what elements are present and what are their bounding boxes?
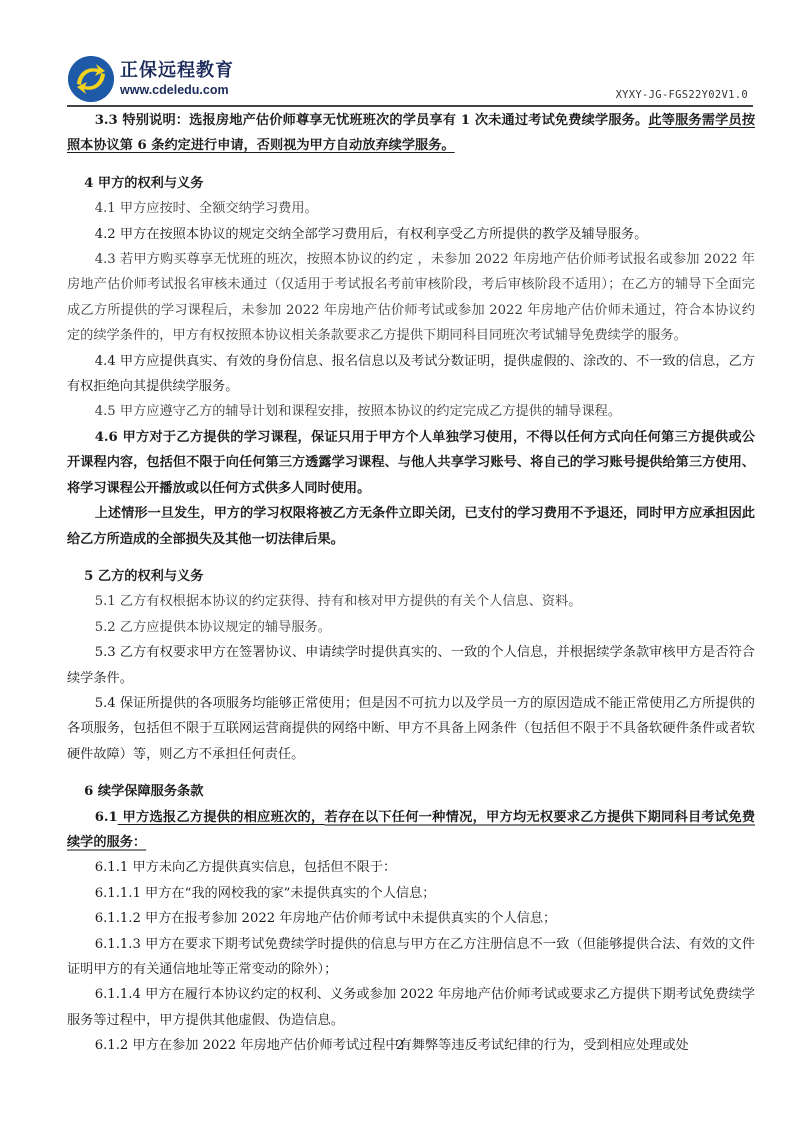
document-code: XYXY-JG-FGS22Y02V1.0 xyxy=(616,89,748,101)
section-4-title: 4 甲方的权利与义务 xyxy=(67,171,755,196)
clause-6-1-1-2: 6.1.1.2 甲方在报考参加 2022 年房地产估价师考试中未提供真实的个人信… xyxy=(67,906,755,931)
section-6-title: 6 续学保障服务条款 xyxy=(67,779,755,804)
header-divider xyxy=(67,105,753,107)
clause-6-1-1: 6.1.1 甲方未向乙方提供真实信息，包括但不限于： xyxy=(67,855,755,880)
brand: 正保远程教育 www.cdeledu.com xyxy=(120,60,234,98)
clause-4-2: 4.2 甲方在按照本协议的规定交纳全部学习费用后，有权利享受乙方所提供的教学及辅… xyxy=(67,222,755,247)
clause-5-1: 5.1 乙方有权根据本协议的约定获得、持有和核对甲方提供的有关个人信息、资料。 xyxy=(67,589,755,614)
clause-4-3: 4.3 若甲方购买尊享无忧班的班次，按照本协议的约定 ，未参加 2022 年房地… xyxy=(67,247,755,349)
section-5-title: 5 乙方的权利与义务 xyxy=(67,564,755,589)
clause-6-1-part1: 甲方选报乙方提供的相应班次的， xyxy=(118,810,325,825)
document-body: 3.3 特别说明：选报房地产估价师尊享无忧班班次的学员享有 1 次未通过考试免费… xyxy=(67,108,755,1059)
clause-5-2: 5.2 乙方应提供本协议规定的辅导服务。 xyxy=(67,615,755,640)
clause-6-1-number: 6.1 xyxy=(95,810,118,825)
clause-5-3: 5.3 乙方有权要求甲方在签署协议、申请续学时提供真实的、一致的个人信息，并根据… xyxy=(67,640,755,691)
clause-4-6-continuation: 上述情形一旦发生，甲方的学习权限将被乙方无条件立即关闭，已支付的学习费用不予退还… xyxy=(67,501,755,552)
clause-3-3-lead: 3.3 特别说明：选报房地产估价师尊享无忧班班次的学员享有 1 次未通过考试免费… xyxy=(95,113,649,128)
clause-4-1: 4.1 甲方应按时、全额交纳学习费用。 xyxy=(67,196,755,221)
clause-3-3: 3.3 特别说明：选报房地产估价师尊享无忧班班次的学员享有 1 次未通过考试免费… xyxy=(67,108,755,159)
clause-4-5: 4.5 甲方应遵守乙方的辅导计划和课程安排，按照本协议的约定完成乙方提供的辅导课… xyxy=(67,399,755,424)
clause-4-6: 4.6 甲方对于乙方提供的学习课程，保证只用于甲方个人单独学习使用，不得以任何方… xyxy=(67,425,755,501)
clause-6-1-1-4: 6.1.1.4 甲方在履行本协议约定的权利、义务或参加 2022 年房地产估价师… xyxy=(67,982,755,1033)
page-number: 2 xyxy=(0,1038,800,1053)
clause-6-1: 6.1 甲方选报乙方提供的相应班次的，若存在以下任何一种情况，甲方均无权要求乙方… xyxy=(67,805,755,856)
clause-5-4: 5.4 保证所提供的各项服务均能够正常使用；但是因不可抗力以及学员一方的原因造成… xyxy=(67,691,755,767)
cdeledu-logo-icon xyxy=(68,56,114,102)
clause-6-1-1-3: 6.1.1.3 甲方在要求下期考试免费续学时提供的信息与甲方在乙方注册信息不一致… xyxy=(67,932,755,983)
document-header: 正保远程教育 www.cdeledu.com XYXY-JG-FGS22Y02V… xyxy=(68,56,758,104)
brand-url: www.cdeledu.com xyxy=(120,82,234,98)
clause-6-1-1-1: 6.1.1.1 甲方在“我的网校我的家”未提供真实的个人信息； xyxy=(67,881,755,906)
clause-4-4: 4.4 甲方应提供真实、有效的身份信息、报名信息以及考试分数证明，提供虚假的、涂… xyxy=(67,349,755,400)
brand-name: 正保远程教育 xyxy=(120,60,234,82)
